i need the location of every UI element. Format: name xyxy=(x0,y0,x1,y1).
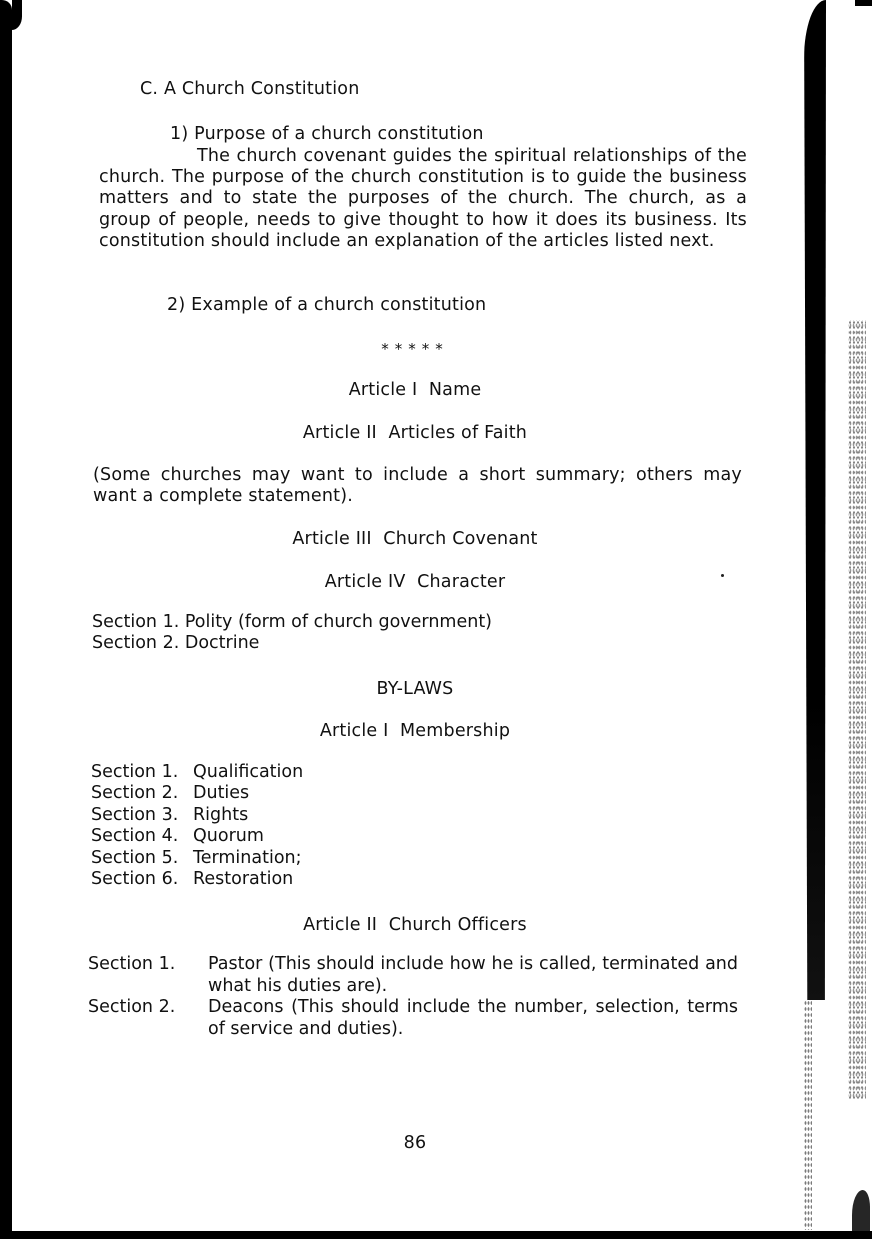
membership-section: Section 2.Duties xyxy=(91,783,303,804)
membership-section: Section 4.Quorum xyxy=(91,826,303,847)
bylaws-article-1-membership: Article I Membership xyxy=(0,721,830,741)
article-2-note: (Some churches may want to include a sho… xyxy=(93,465,742,507)
purpose-paragraph: The church covenant guides the spiritual… xyxy=(99,146,747,252)
officer-section-deacons: Section 2. Deacons (This should include … xyxy=(88,997,738,1040)
article-4-character: Article IV Character xyxy=(0,572,830,592)
officer-section-pastor: Section 1. Pastor (This should include h… xyxy=(88,954,738,997)
article-3-covenant: Article III Church Covenant xyxy=(0,529,830,549)
article-2-faith: Article II Articles of Faith xyxy=(0,423,830,443)
membership-sections: Section 1.Qualification Section 2.Duties… xyxy=(91,762,303,890)
article-4-section: Section 1. Polity (form of church govern… xyxy=(92,612,492,633)
membership-section: Section 5.Termination; xyxy=(91,848,303,869)
article-1-name: Article I Name xyxy=(0,380,830,400)
separator-stars: ***** xyxy=(0,340,830,358)
example-heading: 2) Example of a church constitution xyxy=(167,295,486,315)
bylaws-title: BY-LAWS xyxy=(0,679,830,699)
article-4-section: Section 2. Doctrine xyxy=(92,633,492,654)
document-page: C. A Church Constitution 1) Purpose of a… xyxy=(0,0,872,1239)
membership-section: Section 3.Rights xyxy=(91,805,303,826)
article-4-sections: Section 1. Polity (form of church govern… xyxy=(92,612,492,655)
page-number: 86 xyxy=(0,1133,830,1153)
section-heading: C. A Church Constitution xyxy=(140,79,360,99)
membership-section: Section 6.Restoration xyxy=(91,869,303,890)
officer-sections: Section 1. Pastor (This should include h… xyxy=(88,954,738,1040)
membership-section: Section 1.Qualification xyxy=(91,762,303,783)
article-2-note-text: (Some churches may want to include a sho… xyxy=(93,465,742,506)
purpose-text: The church covenant guides the spiritual… xyxy=(99,146,747,252)
purpose-heading: 1) Purpose of a church constitution xyxy=(170,124,484,144)
bylaws-article-2-officers: Article II Church Officers xyxy=(0,915,830,935)
scan-speck xyxy=(721,574,724,577)
